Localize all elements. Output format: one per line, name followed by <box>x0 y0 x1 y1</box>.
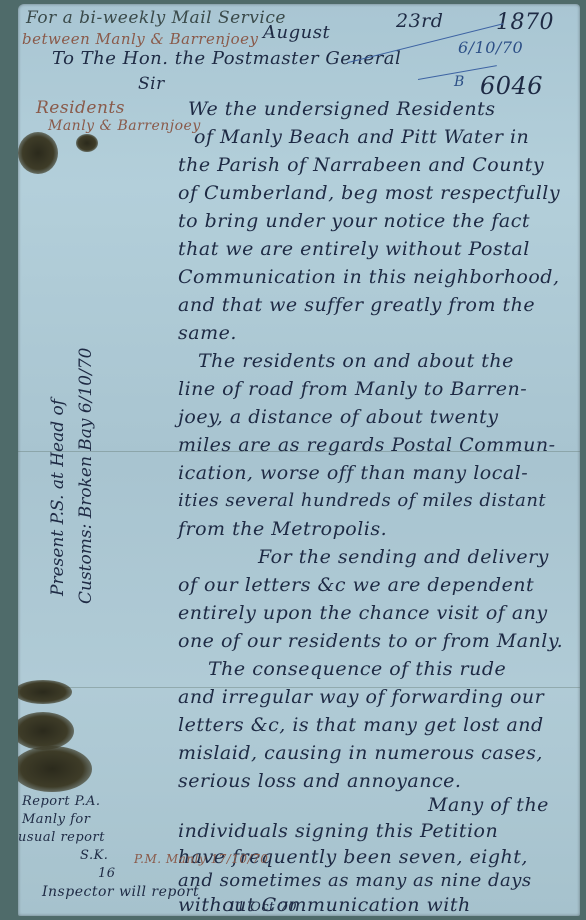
vertical-margin-note-2: Customs: Broken Bay 6/10/70 <box>76 348 96 604</box>
body-line: of our letters &c we are dependent <box>178 574 534 596</box>
body-line: same. <box>178 322 237 344</box>
body-line: serious loss and annoyance. <box>178 770 461 792</box>
body-line: joey, a distance of about twenty <box>178 406 498 428</box>
body-line: We the undersigned Residents <box>188 98 495 120</box>
body-line: that we are entirely without Postal <box>178 238 530 260</box>
body-line: and irregular way of forwarding our <box>178 686 544 708</box>
body-line: For the sending and delivery <box>258 546 549 568</box>
date-month: August <box>263 22 330 43</box>
margin-note-location: Manly & Barrenjoey <box>48 118 201 134</box>
body-line: The consequence of this rude <box>208 658 506 680</box>
body-line: and that we suffer greatly from the <box>178 294 535 316</box>
ink-stain <box>18 132 58 174</box>
ink-stain <box>76 134 98 152</box>
bottom-note-usual: usual report <box>18 830 105 845</box>
date-year: 1870 <box>496 10 554 35</box>
body-line: to bring under your notice the fact <box>178 210 530 232</box>
body-line: from the Metropolis. <box>178 518 387 540</box>
body-line: The residents on and about the <box>198 350 514 372</box>
body-line: mislaid, causing in numerous cases, <box>178 742 543 764</box>
bottom-note-red: P.M. Manly 17/10/70 <box>134 852 268 866</box>
reference-prefix: B <box>454 74 465 90</box>
ink-stain <box>18 680 72 704</box>
body-line: ication, worse off than many local- <box>178 462 528 484</box>
body-line: one of our residents to or from Manly. <box>178 630 563 652</box>
bottom-note-inspector: Inspector will report <box>42 884 199 900</box>
bottom-note-initials: S.K. <box>80 848 108 863</box>
bottom-note-number: 16 <box>98 866 116 881</box>
salutation: Sir <box>138 74 165 94</box>
body-line: entirely upon the chance visit of any <box>178 602 548 624</box>
reference-number: 6046 <box>480 72 543 100</box>
bottom-note-date: 11 Oct 70 <box>228 900 297 915</box>
body-line: individuals signing this Petition <box>178 820 498 842</box>
body-line: of Manly Beach and Pitt Water in <box>194 126 529 148</box>
body-line: Many of the <box>428 794 549 816</box>
body-line: letters &c, is that many get lost and <box>178 714 544 736</box>
stamp-date: 6/10/70 <box>458 38 523 57</box>
body-line: of Cumberland, beg most respectfully <box>178 182 560 204</box>
body-line: without Communication with <box>178 894 471 916</box>
body-line: Communication in this neighborhood, <box>178 266 560 288</box>
bottom-note-report: Report P.A. <box>22 794 100 809</box>
body-line: the Parish of Narrabeen and County <box>178 154 544 176</box>
vertical-margin-note-1: Present P.S. at Head of <box>48 399 68 596</box>
body-line: line of road from Manly to Barren- <box>178 378 527 400</box>
subject-line-2: between Manly & Barrenjoey <box>22 30 259 48</box>
bottom-note-manly: Manly for <box>22 812 90 827</box>
body-line: ities several hundreds of miles distant <box>178 490 546 511</box>
margin-note-residents: Residents <box>36 98 125 118</box>
body-line: miles are as regards Postal Commun- <box>178 434 556 456</box>
salutation-to: To The Hon. the Postmaster General <box>52 48 401 69</box>
body-line: and sometimes as many as nine days <box>178 870 532 891</box>
subject-line-1: For a bi-weekly Mail Service <box>26 8 286 28</box>
ink-stain <box>18 712 74 750</box>
document-page: For a bi-weekly Mail Service between Man… <box>18 4 580 916</box>
ink-stain <box>18 746 92 792</box>
date-day: 23rd <box>396 10 443 32</box>
